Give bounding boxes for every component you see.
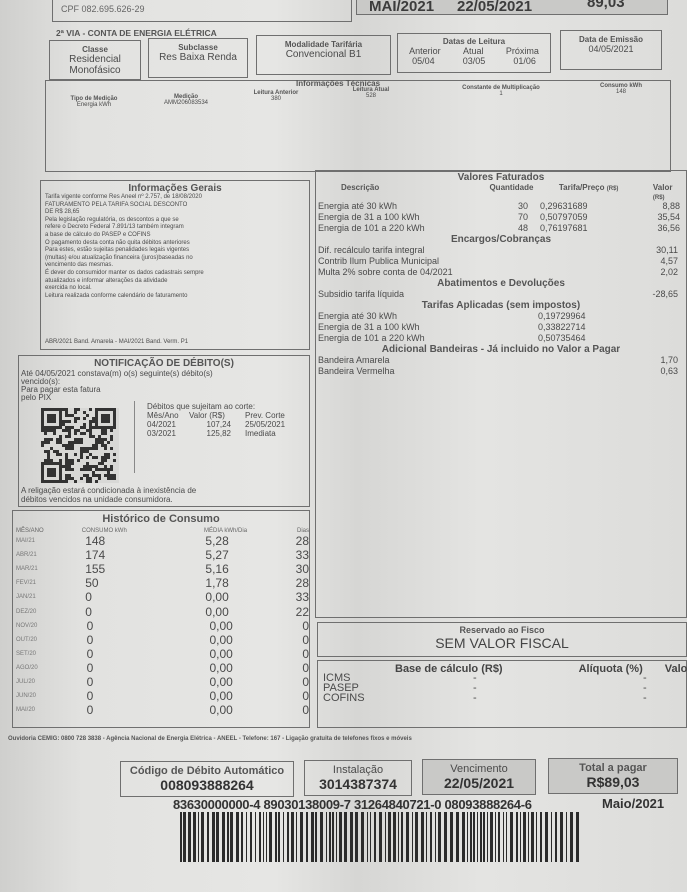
- historico-consumo: 0: [67, 703, 180, 717]
- atual-label: Atual: [463, 46, 484, 56]
- pix-line2: pelo PIX: [21, 394, 213, 402]
- tarifa-row: Energia até 30 kWh0,19729964: [316, 311, 686, 322]
- bandeira-row-desc: Bandeira Amarela: [318, 355, 390, 366]
- historico-mes: JUL/20: [13, 679, 67, 685]
- valores-row: Energia até 30 kWh300,296316898,88: [316, 201, 686, 212]
- tributo-base: -: [473, 673, 643, 683]
- historico-row: JUN/2000,000: [13, 689, 309, 703]
- historico-row: FEV/21501,7828: [13, 576, 309, 590]
- instalacao-label: Instalação: [305, 764, 411, 776]
- info-line: DE R$ 28,65: [45, 209, 309, 217]
- historico-media: 0,00: [175, 590, 295, 604]
- constante-value: 1: [441, 91, 561, 97]
- encargo-row: Contrib Ilum Publica Municipal4,57: [316, 256, 686, 267]
- historico-dias: 0: [302, 661, 309, 675]
- historico-dias: 22: [296, 605, 309, 619]
- valores-qtd: 70: [493, 212, 528, 223]
- info-gerais-title: Informações Gerais: [41, 183, 309, 194]
- valores-tarifa: 0,29631689: [528, 201, 650, 212]
- ouvidoria: Ouvidoria CEMIG: 0800 728 3838 - Agência…: [8, 736, 412, 742]
- valores-tarifa: 0,50797059: [528, 212, 650, 223]
- valores-tarifa: 0,76197681: [528, 223, 650, 234]
- historico-box: Histórico de Consumo MÊS/ANO CONSUMO kWh…: [12, 510, 310, 728]
- historico-consumo: 148: [65, 534, 175, 548]
- tarifa-valor: 0,50735464: [538, 333, 586, 344]
- col-valor: Valor: [653, 183, 673, 192]
- debito-label: Código de Débito Automático: [121, 765, 293, 777]
- valores-desc: Energia de 101 a 220 kWh: [316, 223, 493, 234]
- info-line: Para estes, estão sujeitas penalidades l…: [45, 247, 309, 255]
- linha-digitavel[interactable]: 83630000000-4 89030138009-7 31264840721-…: [173, 797, 532, 812]
- historico-mes: SET/20: [13, 651, 67, 657]
- valores-title: Valores Faturados: [316, 172, 686, 183]
- doc-title: 2ª VIA - CONTA DE ENERGIA ELÉTRICA: [56, 28, 217, 38]
- historico-media: 5,27: [175, 548, 295, 562]
- tarifa-desc: Energia de 101 a 220 kWh: [316, 333, 538, 344]
- anterior-label: Anterior: [409, 46, 441, 56]
- info-line: vencimento das mesmas.: [45, 262, 309, 270]
- historico-media: 5,28: [175, 534, 295, 548]
- instalacao-box: Instalação 3014387374: [304, 760, 412, 796]
- emissao-box: Data de Emissão 04/05/2021: [560, 30, 662, 70]
- notificacao-footer2: débitos vencidos na unidade consumidora.: [21, 495, 196, 504]
- summary-box: MAI/2021 22/05/2021 89,03: [356, 0, 668, 15]
- historico-media: 1,78: [175, 576, 295, 590]
- valores-valor: 8,88: [650, 201, 680, 212]
- leitura-anterior-value: 380: [236, 96, 316, 102]
- historico-mes: NOV/20: [13, 623, 67, 629]
- bandeira-row-valor: 1,70: [660, 355, 678, 366]
- datas-leitura-label: Datas de Leitura: [398, 37, 550, 46]
- historico-mes: JAN/21: [13, 594, 65, 600]
- historico-media: 0,00: [179, 619, 302, 633]
- info-tecnicas-box: Informações Técnicas Tipo de Medição Ene…: [45, 80, 671, 172]
- tributo-base: -: [473, 683, 643, 693]
- datas-leitura-box: Datas de Leitura Anterior Atual Próxima …: [397, 33, 551, 73]
- vencimento-value: 22/05/2021: [423, 775, 535, 791]
- atual-date: 03/05: [463, 56, 486, 66]
- customer-box: CPF 082.695.626-29: [52, 0, 352, 22]
- historico-media: 0,00: [179, 675, 302, 689]
- ref-month: MAI/2021: [369, 0, 434, 15]
- emissao-value: 04/05/2021: [561, 44, 661, 54]
- historico-media: 0,00: [179, 703, 302, 717]
- abatimentos-title: Abatimentos e Devoluções: [316, 278, 686, 289]
- historico-mes: ABR/21: [13, 552, 65, 558]
- due-date: 22/05/2021: [457, 0, 532, 15]
- historico-row: OUT/2000,000: [13, 633, 309, 647]
- tarifa-desc: Energia até 30 kWh: [316, 311, 538, 322]
- historico-consumo: 0: [67, 661, 180, 675]
- historico-consumo: 174: [65, 548, 175, 562]
- classe-box: Classe Residencial Monofásico: [49, 40, 141, 80]
- subclasse-label: Subclasse: [149, 43, 247, 52]
- col-valor: Valor (R$): [189, 411, 245, 420]
- tarifa-valor: 0,33822714: [538, 322, 586, 333]
- historico-dias: 0: [302, 689, 309, 703]
- historico-mes: MAR/21: [13, 566, 65, 572]
- modalidade-value: Convencional B1: [257, 49, 390, 60]
- historico-dias: 28: [296, 576, 309, 590]
- total-partial: 89,03: [587, 0, 625, 11]
- tributo-row: COFINS--: [318, 693, 686, 703]
- bandeiras-info: ABR/2021 Band. Amarela - MAI/2021 Band. …: [45, 339, 188, 345]
- historico-consumo: 0: [65, 590, 175, 604]
- valores-qtd: 30: [493, 201, 528, 212]
- bandeira-row: Bandeira Amarela1,70: [316, 355, 686, 366]
- abatimento-row: Subsidio tarifa líquida-28,65: [316, 289, 686, 300]
- info-line: atualizados e informar alterações da ati…: [45, 278, 309, 286]
- col-tarifa-unit: (R$): [607, 186, 619, 192]
- proxima-date: 01/06: [513, 56, 536, 66]
- debitos-title: Débitos que sujeitam ao corte:: [147, 402, 285, 411]
- historico-consumo: 155: [65, 562, 175, 576]
- debito-corte: Imediata: [245, 429, 276, 438]
- col-quantidade: Quantidade: [489, 183, 546, 201]
- abatimento-row-desc: Subsidio tarifa líquida: [318, 289, 404, 300]
- divider: [134, 401, 135, 473]
- tributo-nome: COFINS: [318, 693, 473, 703]
- tarifa-desc: Energia de 31 a 100 kWh: [316, 322, 538, 333]
- vencimento-label: Vencimento: [423, 763, 535, 775]
- tipo-value: Energia kWh: [54, 102, 134, 108]
- info-line: exercida no local.: [45, 285, 309, 293]
- barcode-icon[interactable]: [180, 812, 580, 862]
- debito-valor: 125,82: [189, 429, 245, 438]
- tarifa-row: Energia de 101 a 220 kWh0,50735464: [316, 333, 686, 344]
- debito-value: 008093888264: [121, 777, 293, 793]
- historico-mes: DEZ/20: [13, 609, 65, 615]
- debito-corte: 25/05/2021: [245, 420, 285, 429]
- emissao-label: Data de Emissão: [561, 35, 661, 44]
- fisco-value: SEM VALOR FISCAL: [318, 635, 686, 651]
- debito-automatico-box: Código de Débito Automático 008093888264: [120, 761, 294, 797]
- historico-dias: 0: [302, 633, 309, 647]
- historico-dias: 28: [296, 534, 309, 548]
- encargo-row: Dif. recálculo tarifa integral30,11: [316, 245, 686, 256]
- subclasse-value: Res Baixa Renda: [149, 52, 247, 63]
- consumo-value: 148: [581, 89, 661, 95]
- encargos-title: Encargos/Cobranças: [316, 234, 686, 245]
- valores-row: Energia de 31 a 100 kWh700,5079705935,54: [316, 212, 686, 223]
- info-line: Tarifa vigente conforme Res Aneel nº 2.7…: [45, 194, 309, 202]
- historico-consumo: 0: [67, 675, 180, 689]
- historico-media: 0,00: [175, 605, 295, 619]
- tributo-row: PASEP--: [318, 683, 686, 693]
- valores-row: Energia de 101 a 220 kWh480,7619768136,5…: [316, 223, 686, 234]
- historico-media: 0,00: [179, 633, 302, 647]
- proxima-label: Próxima: [506, 46, 539, 56]
- historico-media: 0,00: [179, 689, 302, 703]
- historico-mes: JUN/20: [13, 693, 67, 699]
- historico-dias: 0: [302, 619, 309, 633]
- modalidade-box: Modalidade Tarifária Convencional B1: [256, 35, 391, 75]
- col-mes-ano: MÊS/ANO: [13, 528, 72, 534]
- historico-dias: 0: [302, 703, 309, 717]
- historico-mes: OUT/20: [13, 637, 67, 643]
- total-box: Total a pagar R$89,03: [548, 758, 678, 794]
- classe-value: Residencial: [50, 54, 140, 65]
- historico-consumo: 0: [67, 619, 180, 633]
- notificacao-title: NOTIFICAÇÃO DE DÉBITO(S): [19, 358, 309, 369]
- tributos-box: Base de cálculo (R$) Alíquota (%) Valor …: [317, 660, 687, 728]
- abatimento-row-valor: -28,65: [652, 289, 678, 300]
- encargo-row: Multa 2% sobre conta de 04/20212,02: [316, 267, 686, 278]
- valores-valor: 36,56: [650, 223, 680, 234]
- tarifa-row: Energia de 31 a 100 kWh0,33822714: [316, 322, 686, 333]
- info-line: FATURAMENTO PELA TARIFA SOCIAL DESCONTO: [45, 202, 309, 210]
- bandeiras-title: Adicional Bandeiras - Já incluido no Val…: [316, 344, 686, 355]
- col-mes: Mês/Ano: [147, 411, 189, 420]
- energy-bill-page: CPF 082.695.626-29 MAI/2021 22/05/2021 8…: [0, 0, 687, 892]
- tributo-aliquota: -: [643, 693, 647, 703]
- historico-row: DEZ/2000,0022: [13, 604, 309, 618]
- total-label: Total a pagar: [549, 762, 677, 774]
- notificacao-footer1: A religação estará condicionada à inexis…: [21, 486, 196, 495]
- historico-dias: 0: [302, 647, 309, 661]
- debito-mes: 04/2021: [147, 420, 189, 429]
- info-gerais-text: Tarifa vigente conforme Res Aneel nº 2.7…: [41, 194, 309, 300]
- mes-referencia: Maio/2021: [602, 796, 664, 811]
- historico-consumo: 0: [65, 605, 175, 619]
- bandeira-row: Bandeira Vermelha0,63: [316, 366, 686, 377]
- valores-box: Valores Faturados Descrição Quantidade T…: [315, 170, 687, 618]
- valores-desc: Energia até 30 kWh: [316, 201, 493, 212]
- classe-label: Classe: [50, 45, 140, 54]
- historico-title: Histórico de Consumo: [13, 513, 309, 525]
- historico-consumo: 0: [67, 633, 180, 647]
- historico-row: MAR/211555,1630: [13, 562, 309, 576]
- historico-row: NOV/2000,000: [13, 619, 309, 633]
- col-valor-trib: Valor (R$): [643, 663, 687, 675]
- historico-mes: FEV/21: [13, 580, 65, 586]
- col-descricao: Descrição: [316, 183, 489, 201]
- modalidade-label: Modalidade Tarifária: [257, 40, 390, 49]
- historico-mes: MAI/20: [13, 707, 67, 713]
- info-gerais-box: Informações Gerais Tarifa vigente confor…: [40, 180, 310, 350]
- historico-dias: 33: [296, 548, 309, 562]
- col-corte: Prev. Corte: [245, 411, 285, 420]
- fisco-box: Reservado ao Fisco SEM VALOR FISCAL: [317, 622, 687, 657]
- instalacao-value: 3014387374: [305, 776, 411, 792]
- debito-mes: 03/2021: [147, 429, 189, 438]
- cpf: CPF 082.695.626-29: [61, 4, 145, 14]
- info-line: Leitura realizada conforme calendário de…: [45, 293, 309, 301]
- total-value: R$89,03: [549, 774, 677, 790]
- pix-qr-code-icon[interactable]: [39, 408, 119, 483]
- encargo-row-valor: 2,02: [660, 267, 678, 278]
- historico-consumo: 50: [65, 576, 175, 590]
- tarifas-title: Tarifas Aplicadas (sem impostos): [316, 300, 686, 311]
- notificacao-box: NOTIFICAÇÃO DE DÉBITO(S) Até 04/05/2021 …: [18, 355, 310, 507]
- historico-consumo: 0: [67, 689, 180, 703]
- historico-row: SET/2000,000: [13, 647, 309, 661]
- debito-row: 03/2021125,82Imediata: [147, 429, 285, 438]
- debito-row: 04/2021107,2425/05/2021: [147, 420, 285, 429]
- fisco-title: Reservado ao Fisco: [318, 625, 686, 635]
- tributo-row: ICMS--: [318, 673, 686, 683]
- historico-mes: MAI/21: [13, 538, 65, 544]
- historico-row: MAI/211485,2828: [13, 534, 309, 548]
- valores-desc: Energia de 31 a 100 kWh: [316, 212, 493, 223]
- historico-dias: 33: [296, 590, 309, 604]
- historico-row: ABR/211745,2733: [13, 548, 309, 562]
- encargo-row-desc: Contrib Ilum Publica Municipal: [318, 256, 439, 267]
- valores-valor: 35,54: [650, 212, 680, 223]
- bandeira-row-valor: 0,63: [660, 366, 678, 377]
- tributo-base: -: [473, 693, 643, 703]
- historico-row: JUL/2000,000: [13, 675, 309, 689]
- historico-row: AGO/2000,000: [13, 661, 309, 675]
- classe-value-2: Monofásico: [50, 65, 140, 76]
- anterior-date: 05/04: [412, 56, 435, 66]
- historico-mes: AGO/20: [13, 665, 67, 671]
- historico-media: 0,00: [179, 647, 302, 661]
- subclasse-box: Subclasse Res Baixa Renda: [148, 38, 248, 78]
- tarifa-valor: 0,19729964: [538, 311, 586, 322]
- info-line: a base de cálculo do PASEP e COFINS: [45, 232, 309, 240]
- col-tarifa: Tarifa/Preço: [559, 183, 605, 192]
- info-line: refere o Decreto Federal 7.891/13 também…: [45, 224, 309, 232]
- info-line: O pagamento desta conta não quita débito…: [45, 240, 309, 248]
- historico-dias: 0: [302, 675, 309, 689]
- encargo-row-valor: 30,11: [656, 245, 678, 256]
- historico-dias: 30: [296, 562, 309, 576]
- historico-media: 0,00: [179, 661, 302, 675]
- leitura-atual-value: 528: [331, 93, 411, 99]
- historico-media: 5,16: [175, 562, 295, 576]
- encargo-row-valor: 4,57: [660, 256, 678, 267]
- info-line: É dever do consumidor manter os dados ca…: [45, 270, 309, 278]
- medicao-value: AMM206083534: [146, 100, 226, 106]
- debito-valor: 107,24: [189, 420, 245, 429]
- valores-qtd: 48: [493, 223, 528, 234]
- vencimento-box: Vencimento 22/05/2021: [422, 759, 536, 795]
- info-line: Pela legislação regulatória, os desconto…: [45, 217, 309, 225]
- historico-row: MAI/2000,000: [13, 703, 309, 717]
- encargo-row-desc: Dif. recálculo tarifa integral: [318, 245, 425, 256]
- bandeira-row-desc: Bandeira Vermelha: [318, 366, 395, 377]
- historico-consumo: 0: [67, 647, 180, 661]
- historico-row: JAN/2100,0033: [13, 590, 309, 604]
- encargo-row-desc: Multa 2% sobre conta de 04/2021: [318, 267, 453, 278]
- info-line: (multas) e/ou atualização financeira (ju…: [45, 255, 309, 263]
